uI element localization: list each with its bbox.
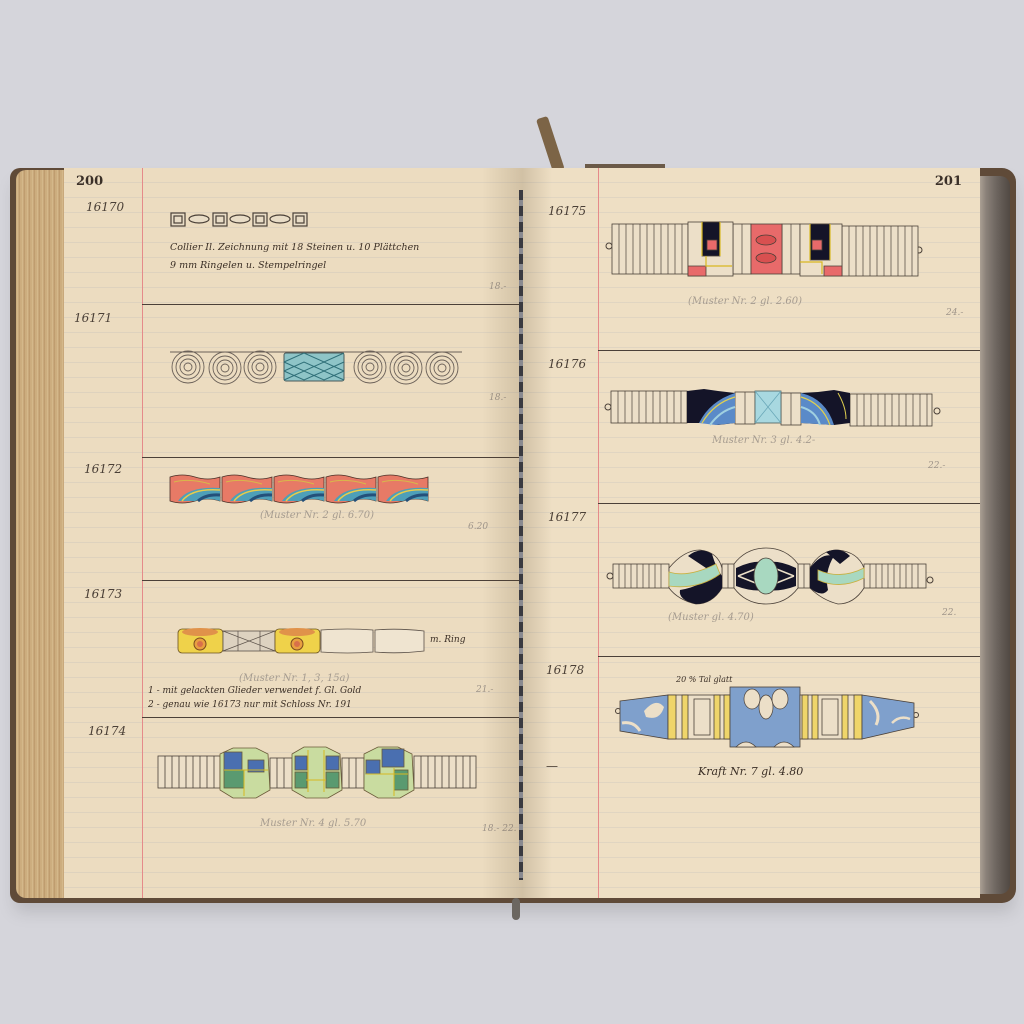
black-red-bracelet-illustration-icon xyxy=(606,222,922,278)
entry-price: 22.- xyxy=(928,461,945,471)
catalog-entry: 16171 18.- xyxy=(64,305,522,458)
pencil-note: (Muster Nr. 2 gl. 6.70) xyxy=(260,510,374,521)
tapered-bracelet-illustration-icon xyxy=(616,687,918,747)
entry-description-line: 1 - mit gelackten Glieder verwendet f. G… xyxy=(148,686,361,696)
pencil-note: (Muster Nr. 1, 3, 15a) xyxy=(239,673,349,684)
entry-number: 16176 xyxy=(548,357,586,371)
page-edges-left xyxy=(16,170,68,898)
catalog-entry: 16178 20 % Tal glatt — xyxy=(522,657,980,898)
left-page: 200 16170 Collier Il. Zeichnung mit 18 S… xyxy=(64,168,522,898)
side-note: m. Ring xyxy=(430,635,465,645)
entry-price: 24.- xyxy=(946,308,963,318)
entry-description-line: 2 - genau wie 16173 nur mit Schloss Nr. … xyxy=(148,700,352,710)
entry-description-line: 9 mm Ringelen u. Stempelringel xyxy=(170,260,326,271)
geometric-bracelet-illustration-icon xyxy=(158,746,478,802)
entry-price: 18.- xyxy=(489,282,506,292)
entry-number: 16178 xyxy=(546,663,584,677)
entry-number: 16170 xyxy=(86,200,124,214)
entry-description-line: Kraft Nr. 7 gl. 4.80 xyxy=(698,765,803,778)
entry-price: 18.- xyxy=(489,393,506,403)
spiral-necklace-illustration-icon xyxy=(170,347,470,387)
catalog-entry: 16177 (Muster gl. 4.70 xyxy=(522,504,980,657)
margin-mark: — xyxy=(546,759,558,773)
entry-number: 16171 xyxy=(74,311,112,325)
entry-price: 6.20 xyxy=(468,522,488,532)
catalog-entry: 16172 (Muster Nr. 2 gl. 6.70) 6.20 xyxy=(64,458,522,581)
entry-price: 18.- 22. xyxy=(482,824,517,834)
right-page: 201 16175 xyxy=(522,168,980,898)
pencil-note: Muster Nr. 3 gl. 4.2- xyxy=(712,435,815,446)
page-edges-right xyxy=(976,176,1010,894)
book-gutter xyxy=(519,190,523,880)
entry-number: 16177 xyxy=(548,510,586,524)
catalog-entry: 16176 Muster Nr. 3 gl. xyxy=(522,351,980,504)
yellow-link-bracelet-illustration-icon xyxy=(178,627,426,657)
catalog-entry: 16170 Collier Il. Zeichnung mit 18 Stein… xyxy=(64,168,522,305)
chain-illustration-icon xyxy=(170,212,310,228)
catalog-entry: 16174 xyxy=(64,718,522,898)
entry-number: 16172 xyxy=(84,462,122,476)
entry-price: 22. xyxy=(942,608,956,618)
binding-thread xyxy=(512,898,520,920)
entry-number: 16175 xyxy=(548,204,586,218)
entry-number: 16173 xyxy=(84,587,122,601)
enamel-bracelet-illustration-icon xyxy=(170,474,432,504)
entry-price: 21.- xyxy=(476,685,493,695)
pencil-note: (Muster gl. 4.70) xyxy=(668,612,754,623)
catalog-entry: 16173 m. Ring (Muster Nr. 1, 3, 15a) 1 -… xyxy=(64,581,522,718)
bookmark-ribbon xyxy=(536,116,565,173)
pencil-note: (Muster Nr. 2 gl. 2.60) xyxy=(688,296,802,307)
pencil-note: Muster Nr. 4 gl. 5.70 xyxy=(260,818,366,829)
black-blue-bracelet-illustration-icon xyxy=(606,389,940,429)
entry-number: 16174 xyxy=(88,724,126,738)
jade-oval-bracelet-illustration-icon xyxy=(608,546,934,606)
top-note: 20 % Tal glatt xyxy=(676,675,732,684)
entry-description-line: Collier Il. Zeichnung mit 18 Steinen u. … xyxy=(170,242,419,253)
catalog-entry: 16175 xyxy=(522,168,980,351)
